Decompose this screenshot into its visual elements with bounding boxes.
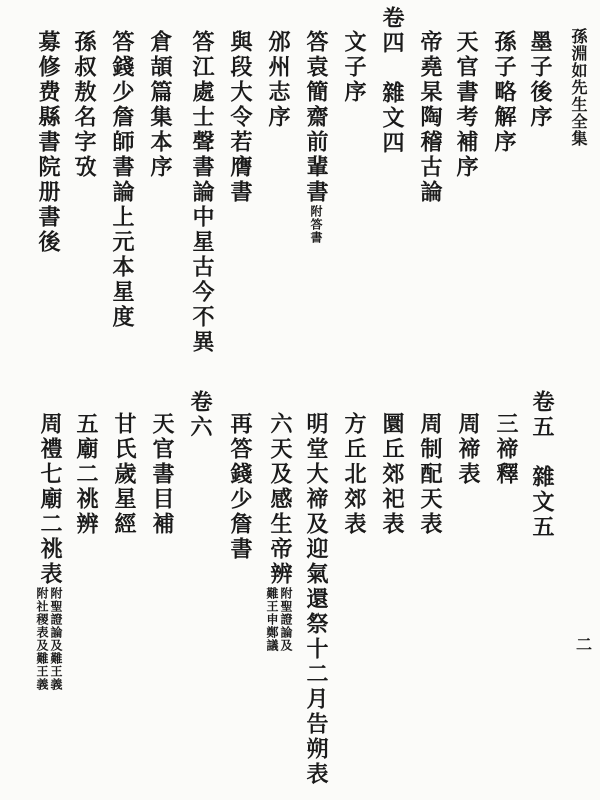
volume-heading: 卷六 bbox=[188, 390, 212, 440]
volume-heading: 卷四 雜文四 bbox=[380, 6, 404, 156]
entry-title: 六天及感生帝辨 bbox=[267, 412, 293, 587]
entry-note: 附聖證論及難王義附社稷表及難王義 bbox=[36, 587, 62, 691]
entry-note: 附聖證論及難王申鄭議 bbox=[266, 587, 292, 652]
toc-entry: 答江處士聲書論中星古今不異 bbox=[190, 30, 214, 355]
toc-entry: 天官書考補序 bbox=[454, 30, 478, 180]
toc-entry: 與段大令若膺書 bbox=[228, 30, 252, 205]
toc-entry: 帝堯杲陶稽古論 bbox=[418, 30, 442, 205]
toc-entry: 孫叔敖名字攷 bbox=[72, 30, 96, 180]
toc-entry: 文子序 bbox=[342, 30, 366, 105]
toc-entry: 墨子後序 bbox=[528, 30, 552, 130]
toc-entry: 天官書目補 bbox=[150, 412, 174, 537]
entry-title: 答袁簡齋前輩書 bbox=[303, 30, 329, 205]
toc-entry: 倉頡篇集本序 bbox=[148, 30, 172, 180]
toc-entry: 周禘表 bbox=[456, 412, 480, 487]
toc-entry: 邠州志序 bbox=[266, 30, 290, 130]
toc-entry: 募修费縣書院册書後 bbox=[36, 30, 60, 255]
toc-entry: 方丘北郊表 bbox=[342, 412, 366, 537]
entry-title: 周禮七廟二祧表 bbox=[37, 412, 63, 587]
entry-note: 附答書 bbox=[310, 205, 322, 244]
toc-entry: 圜丘郊祀表 bbox=[380, 412, 404, 537]
toc-entry: 周制配天表 bbox=[418, 412, 442, 537]
toc-entry: 再答錢少詹書 bbox=[228, 412, 252, 562]
toc-entry: 周禮七廟二祧表附聖證論及難王義附社稷表及難王義 bbox=[36, 412, 62, 691]
page-number: 二 bbox=[576, 632, 592, 655]
book-title: 孫淵如先生全集 bbox=[566, 28, 590, 147]
toc-entry: 三禘釋 bbox=[494, 412, 518, 487]
toc-entry: 答袁簡齋前輩書附答書 bbox=[304, 30, 328, 244]
toc-entry: 孫子略解序 bbox=[492, 30, 516, 155]
toc-entry: 五廟二祧辨 bbox=[74, 412, 98, 537]
toc-entry: 明堂大禘及迎氣還祭十二月告朔表 bbox=[304, 412, 328, 787]
toc-entry: 甘氏歲星經 bbox=[112, 412, 136, 537]
toc-entry: 六天及感生帝辨附聖證論及難王申鄭議 bbox=[266, 412, 292, 652]
volume-heading: 卷五 雜文五 bbox=[530, 390, 554, 540]
toc-entry: 答錢少詹師書論上元本星度 bbox=[110, 30, 134, 330]
